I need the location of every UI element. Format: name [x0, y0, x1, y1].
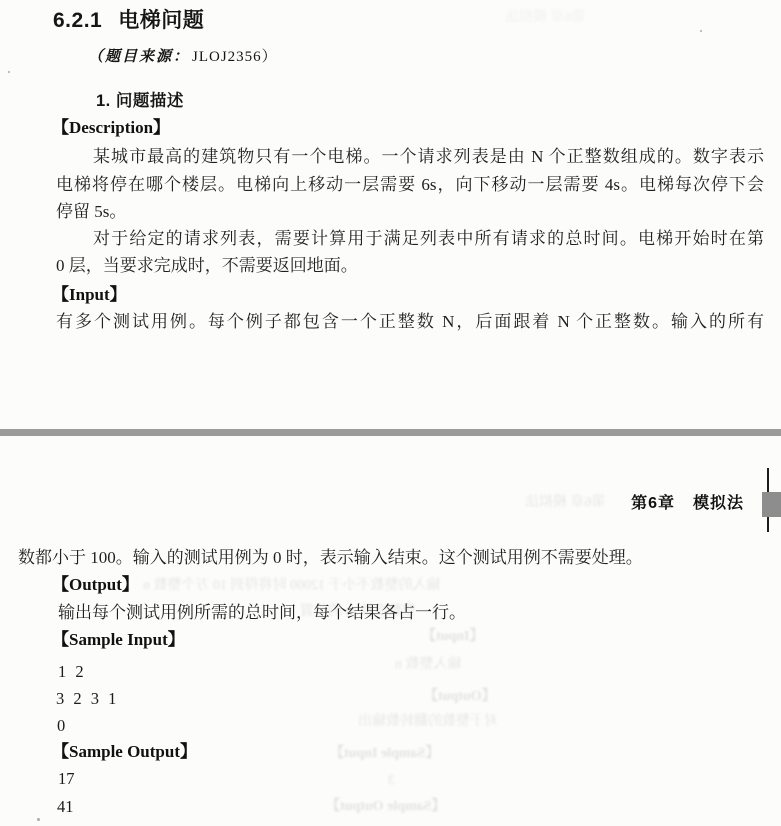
- section-heading: 6.2.1 电梯问题: [53, 9, 204, 33]
- subsection-heading: 1. 问题描述: [96, 91, 184, 111]
- source-note-prefix: （题目来源：: [88, 47, 190, 67]
- input-line-1: 有多个测试用例。每个例子都包含一个正整数 N，后面跟着 N 个正整数。输入的所有: [56, 311, 764, 333]
- bleedthrough-text: 【Sample Output】: [326, 798, 445, 815]
- description-label: 【Description】: [52, 117, 170, 139]
- sample-output-line-2: 41: [57, 797, 74, 817]
- output-line-1: 输出每个测试用例所需的总时间，每个结果各占一行。: [58, 602, 466, 624]
- sample-output-label: 【Sample Output】: [52, 741, 197, 763]
- bleedthrough-text: 【Sample Input】: [330, 745, 439, 762]
- problem-source-note: （题目来源： JLOJ2356）: [88, 47, 278, 67]
- sample-input-label: 【Sample Input】: [52, 629, 185, 651]
- source-note-id: JLOJ2356）: [192, 47, 278, 67]
- bleedthrough-text: 输入的整数不小于 12000 时将得到 10 万个整数 n: [143, 577, 441, 594]
- bleedthrough-text: 第6章 模拟法: [525, 494, 606, 511]
- output-label: 【Output】: [52, 574, 139, 596]
- chapter-edge-tab: [762, 492, 781, 517]
- description-line-2: 电梯将停在哪个楼层。电梯向上移动一层需要 6s，向下移动一层需要 4s。电梯每次…: [56, 174, 764, 196]
- bleedthrough-text: 输入整数 n: [395, 656, 462, 673]
- sample-input-line-1: 1 2: [58, 662, 84, 682]
- bleedthrough-text: 【Input】: [422, 628, 483, 645]
- chapter-number: 第6章: [631, 494, 675, 514]
- description-line-5: 0 层，当要求完成时，不需要返回地面。: [56, 255, 358, 277]
- sample-output-line-1: 17: [58, 769, 75, 789]
- description-line-3: 停留 5s。: [56, 201, 126, 223]
- sample-input-line-2: 3 2 3 1: [56, 689, 116, 709]
- scanned-textbook-page: 6.2.1 电梯问题 （题目来源： JLOJ2356） 1. 问题描述 【Des…: [0, 0, 781, 826]
- bleedthrough-text: 对于整数的翻转数输出: [358, 713, 498, 730]
- bleedthrough-text: 3: [388, 772, 395, 789]
- section-title: 电梯问题: [118, 9, 204, 33]
- sample-input-line-3: 0: [57, 716, 65, 736]
- input-label: 【Input】: [52, 284, 127, 306]
- continuation-line: 数都小于 100。输入的测试用例为 0 时，表示输入结束。这个测试用例不需要处理…: [18, 547, 643, 569]
- description-line-4: 对于给定的请求列表，需要计算用于满足列表中所有请求的总时间。电梯开始时在第: [56, 228, 764, 250]
- bleedthrough-text: 【Output】: [424, 688, 496, 705]
- chapter-title: 模拟法: [693, 494, 744, 514]
- page-gap-divider: [0, 429, 781, 436]
- scan-speck: [700, 30, 702, 32]
- scan-speck: [8, 71, 10, 73]
- description-line-1: 某城市最高的建筑物只有一个电梯。一个请求列表是由 N 个正整数组成的。数字表示: [56, 146, 764, 168]
- section-number: 6.2.1: [53, 9, 102, 33]
- chapter-running-header: 第6章 模拟法: [631, 494, 744, 514]
- bleedthrough-text: 第6章 模拟法: [505, 9, 586, 26]
- scan-speck: [37, 818, 40, 821]
